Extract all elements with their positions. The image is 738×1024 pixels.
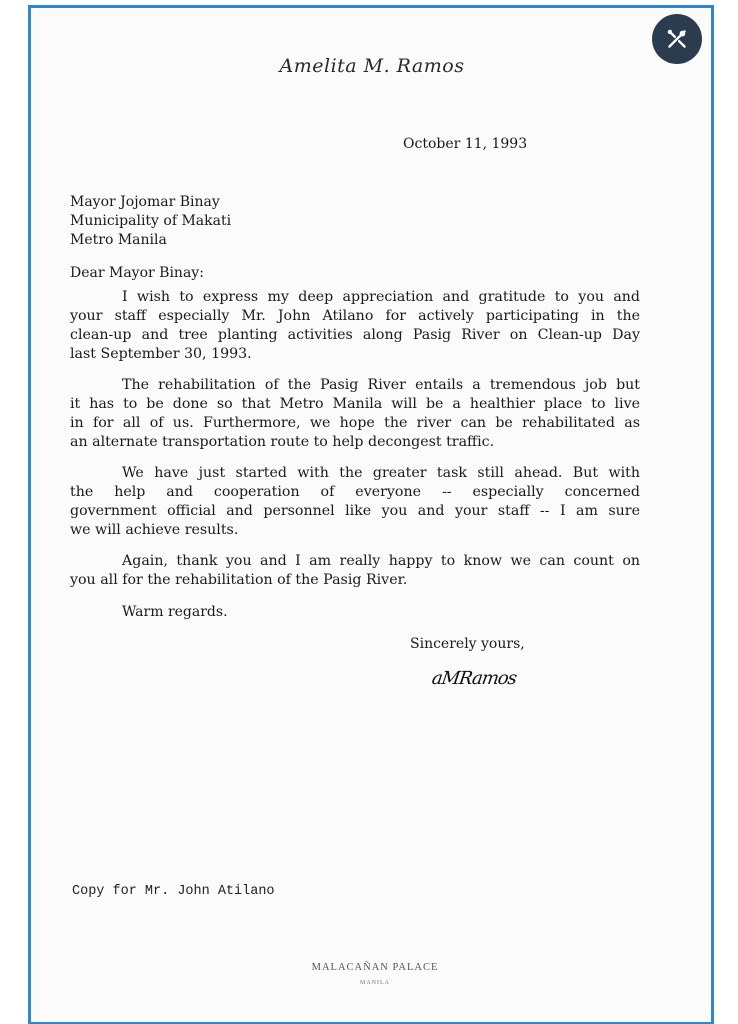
footer-subtitle: MANILA xyxy=(0,980,738,986)
paragraph-line: Again, thank you and I am really happy t… xyxy=(70,552,640,571)
paragraph-line: government official and personnel like y… xyxy=(70,502,640,521)
salutation: Dear Mayor Binay: xyxy=(70,265,204,281)
paragraph-3: We have just started with the greater ta… xyxy=(70,464,640,540)
paragraph-line: last September 30, 1993. xyxy=(70,345,640,364)
paragraph-4: Again, thank you and I am really happy t… xyxy=(70,552,640,590)
paragraph-line: the help and cooperation of everyone -- … xyxy=(70,483,640,502)
paragraph-line: we will achieve results. xyxy=(70,521,640,540)
closing: Warm regards. xyxy=(122,604,228,620)
paragraph-line: We have just started with the greater ta… xyxy=(70,464,640,483)
recipient-address: Mayor Jojomar Binay Municipality of Maka… xyxy=(70,193,231,250)
letterhead: Amelita M. Ramos xyxy=(0,55,738,77)
footer-title: MALACAÑAN PALACE xyxy=(0,962,738,973)
copy-note: Copy for Mr. John Atilano xyxy=(72,884,275,899)
paragraph-line: you all for the rehabilitation of the Pa… xyxy=(70,571,640,590)
paragraph-line: your staff especially Mr. John Atilano f… xyxy=(70,307,640,326)
recipient-line: Mayor Jojomar Binay xyxy=(70,193,231,212)
tools-icon xyxy=(664,26,690,52)
paragraph-2: The rehabilitation of the Pasig River en… xyxy=(70,376,640,452)
signature: aMRamos xyxy=(431,668,518,689)
paragraph-line: in for all of us. Furthermore, we hope t… xyxy=(70,414,640,433)
paragraph-1: I wish to express my deep appreciation a… xyxy=(70,288,640,364)
paragraph-line: an alternate transportation route to hel… xyxy=(70,433,640,452)
letter-date: October 11, 1993 xyxy=(403,136,527,152)
paragraph-line: it has to be done so that Metro Manila w… xyxy=(70,395,640,414)
paragraph-line: I wish to express my deep appreciation a… xyxy=(70,288,640,307)
paragraph-line: The rehabilitation of the Pasig River en… xyxy=(70,376,640,395)
paragraph-line: clean-up and tree planting activities al… xyxy=(70,326,640,345)
recipient-line: Metro Manila xyxy=(70,231,231,250)
recipient-line: Municipality of Makati xyxy=(70,212,231,231)
valediction: Sincerely yours, xyxy=(410,636,525,652)
